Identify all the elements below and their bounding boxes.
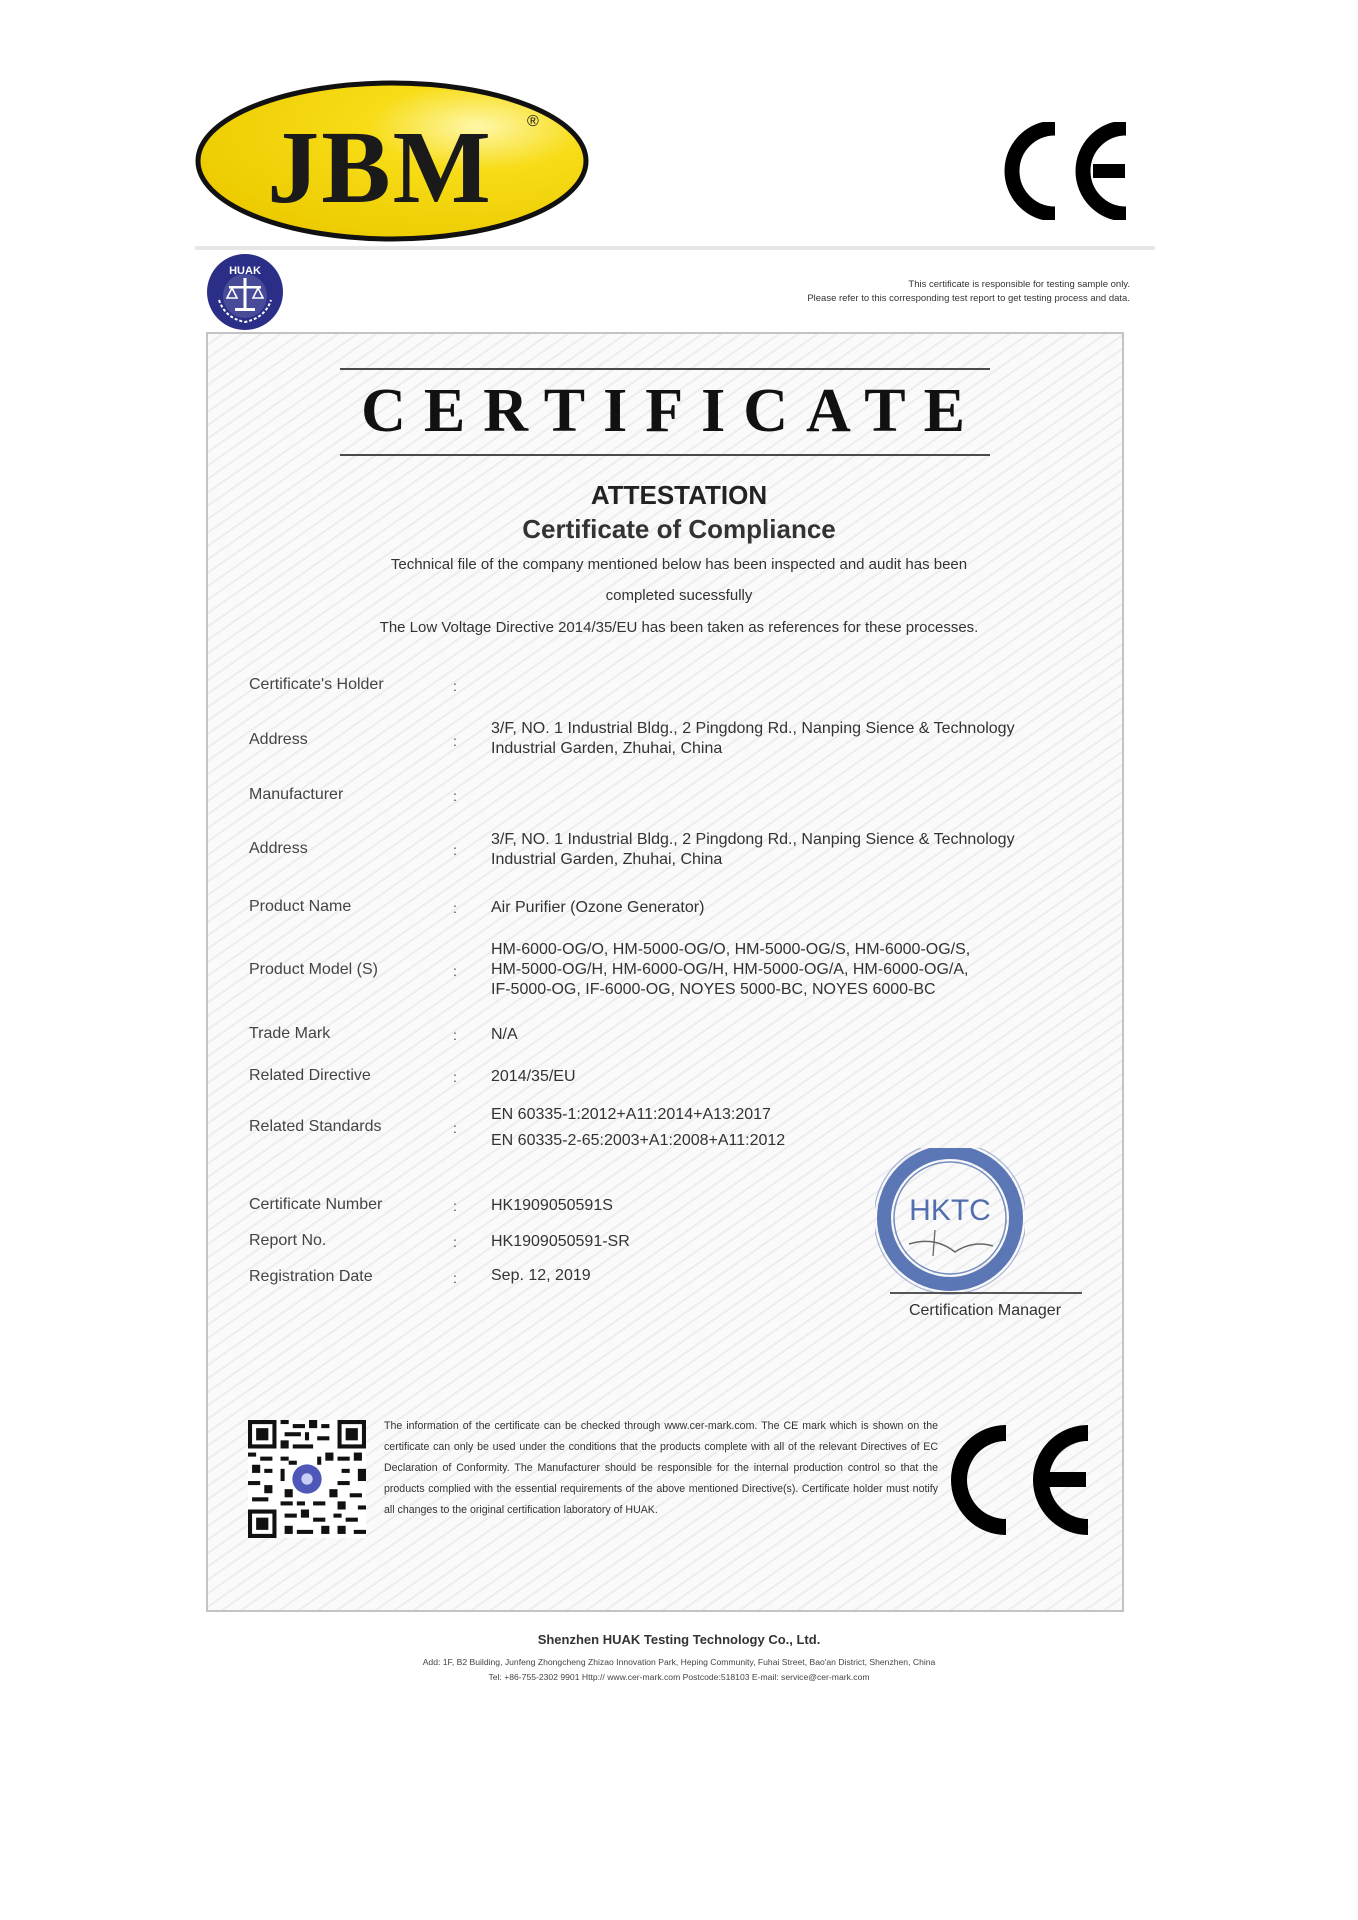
issuer-name: Shenzhen HUAK Testing Technology Co., Lt… [0,1632,1358,1647]
field-value: EN 60335-1:2012+A11:2014+A13:2017 EN 603… [491,1102,785,1154]
field-label: Related Directive [249,1067,371,1085]
field-value: N/A [491,1025,518,1045]
field-value: Sep. 12, 2019 [491,1266,591,1286]
field-value: HM-6000-OG/O, HM-5000-OG/O, HM-5000-OG/S… [491,940,970,1000]
signature-line [890,1292,1082,1294]
field-value: 3/F, NO. 1 Industrial Bldg., 2 Pingdong … [491,719,1015,759]
field-label: Related Standards [249,1118,382,1136]
field-value: Air Purifier (Ozone Generator) [491,898,704,918]
field-label: Manufacturer [249,786,343,804]
field-label: Product Model (S) [249,961,378,979]
huak-seal-icon: HUAK [205,252,285,332]
field-label: Certificate Number [249,1196,382,1214]
intro-text-2: completed sucessfully [0,587,1358,604]
title-rule-bottom [340,454,990,456]
field-value: HK1909050591S [491,1196,613,1216]
compliance-subtitle: Certificate of Compliance [0,514,1358,545]
field-value: 3/F, NO. 1 Industrial Bldg., 2 Pingdong … [491,830,1015,870]
issuer-contact: Tel: +86-755-2302 9901 Http:// www.cer-m… [0,1672,1358,1682]
intro-text-1: Technical file of the company mentioned … [0,556,1358,573]
signatory-title: Certification Manager [870,1302,1100,1320]
field-label: Certificate's Holder [249,676,384,694]
jbm-logo: JBM ® [195,80,590,242]
ce-mark-icon [940,1425,1095,1535]
qr-code[interactable] [248,1420,366,1538]
issuer-address: Add: 1F, B2 Building, Junfeng Zhongcheng… [0,1657,1358,1667]
field-label: Address [249,731,308,749]
field-label: Report No. [249,1232,326,1250]
field-label: Product Name [249,898,351,916]
certificate-title: CERTIFICATE [340,370,990,454]
testing-disclaimer: This certificate is responsible for test… [640,278,1130,306]
field-label: Registration Date [249,1268,373,1286]
svg-text:®: ® [527,113,539,130]
ce-mark-icon [995,122,1133,220]
header-divider [195,246,1155,250]
intro-text-3: The Low Voltage Directive 2014/35/EU has… [0,619,1358,636]
field-value: 2014/35/EU [491,1067,576,1087]
jbm-logo-text: JBM [267,110,493,225]
certificate-title-block: CERTIFICATE [340,368,990,456]
field-label: Trade Mark [249,1025,330,1043]
hktc-stamp-icon: HKTC [875,1148,1025,1298]
field-label: Address [249,840,308,858]
attestation-heading: ATTESTATION [0,480,1358,511]
svg-text:HUAK: HUAK [229,265,261,277]
svg-text:HKTC: HKTC [909,1194,991,1227]
field-value: HK1909050591-SR [491,1232,630,1252]
verification-notice: The information of the certificate can b… [384,1416,938,1521]
